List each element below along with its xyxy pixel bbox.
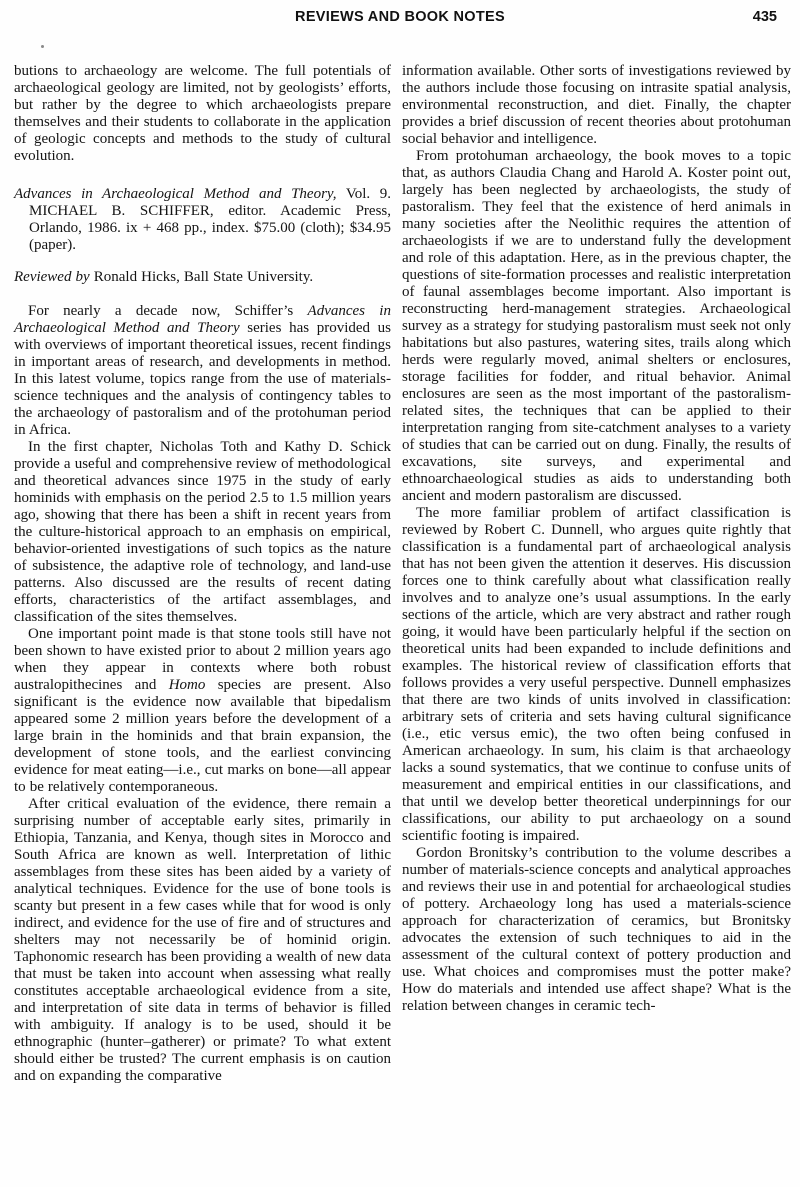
journal-page: REVIEWS AND BOOK NOTES 435 butions to ar… [0, 0, 800, 1187]
continued-paragraph: information available. Other sorts of in… [402, 63, 791, 148]
review-paragraph: From protohuman archaeology, the book mo… [402, 148, 791, 505]
review-paragraph: For nearly a decade now, Schiffer’s Adva… [14, 303, 391, 439]
two-column-layout: butions to archaeology are welcome. The … [14, 63, 782, 1085]
book-citation: Advances in Archaeological Method and Th… [14, 186, 391, 254]
page-number: 435 [753, 9, 777, 25]
continued-paragraph: butions to archaeology are welcome. The … [14, 63, 391, 165]
review-paragraph: The more familiar problem of artifact cl… [402, 505, 791, 845]
right-column: information available. Other sorts of in… [402, 63, 791, 1085]
scan-speck [41, 45, 44, 48]
review-paragraph: One important point made is that stone t… [14, 626, 391, 796]
review-paragraph: In the first chapter, Nicholas Toth and … [14, 439, 391, 626]
reviewed-by-line: Reviewed by Ronald Hicks, Ball State Uni… [14, 269, 391, 286]
left-column: butions to archaeology are welcome. The … [14, 63, 391, 1085]
review-paragraph: Gordon Bronitsky’s contribution to the v… [402, 845, 791, 1015]
review-paragraph: After critical evaluation of the evidenc… [14, 796, 391, 1085]
running-head-title: REVIEWS AND BOOK NOTES [0, 9, 800, 25]
